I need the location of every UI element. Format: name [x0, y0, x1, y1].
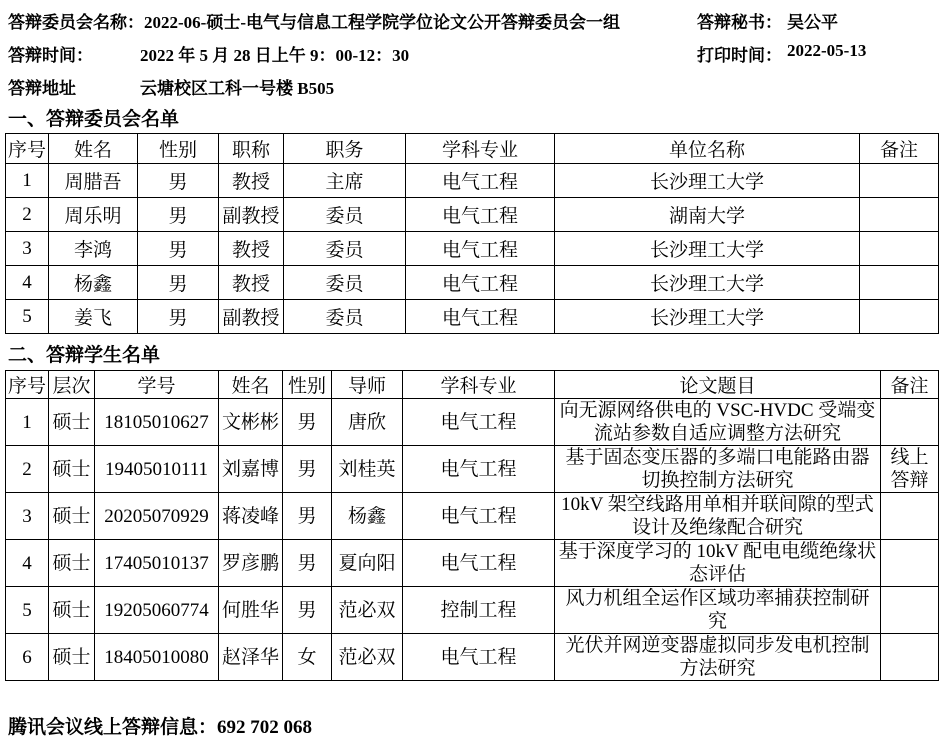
table-cell: 5 — [6, 587, 49, 634]
table-cell — [881, 634, 939, 681]
table-cell — [860, 164, 939, 198]
table-cell: 夏向阳 — [332, 540, 403, 587]
meeting-id-value: 692 702 068 — [217, 717, 312, 738]
table-cell: 女 — [283, 634, 332, 681]
table-row: 2硕士19405010111刘嘉博男刘桂英电气工程基于固态变压器的多端口电能路由… — [6, 446, 939, 493]
table-cell: 硕士 — [49, 399, 95, 446]
table-cell: 范必双 — [332, 587, 403, 634]
table-cell — [860, 198, 939, 232]
header-line-1: 答辩委员会名称：2022-06-硕士-电气与信息工程学院学位论文公开答辩委员会一… — [8, 8, 951, 28]
column-header: 职称 — [219, 134, 284, 164]
table-cell: 委员 — [284, 266, 406, 300]
table-cell: 4 — [6, 266, 49, 300]
column-header: 学号 — [95, 371, 219, 399]
table-header-row: 序号姓名性别职称职务学科专业单位名称备注 — [6, 134, 939, 164]
table-cell: 男 — [283, 446, 332, 493]
table-cell — [860, 300, 939, 334]
table-cell: 硕士 — [49, 493, 95, 540]
table-cell: 线上答辩 — [881, 446, 939, 493]
column-header: 导师 — [332, 371, 403, 399]
table-cell: 姜飞 — [49, 300, 138, 334]
table-cell — [881, 587, 939, 634]
table-cell: 电气工程 — [403, 540, 555, 587]
column-header: 姓名 — [219, 371, 283, 399]
students-table: 序号层次学号姓名性别导师学科专业论文题目备注1硕士18105010627文彬彬男… — [5, 370, 939, 681]
column-header: 单位名称 — [555, 134, 860, 164]
table-cell: 罗彦鹏 — [219, 540, 283, 587]
defense-address-label: 答辩地址 — [8, 74, 140, 99]
column-header: 性别 — [283, 371, 332, 399]
table-cell: 赵泽华 — [219, 634, 283, 681]
table-cell: 李鸿 — [49, 232, 138, 266]
print-time-label: 打印时间： — [697, 41, 782, 66]
table-cell: 5 — [6, 300, 49, 334]
table-cell: 电气工程 — [403, 446, 555, 493]
table-row: 3李鸿男教授委员电气工程长沙理工大学 — [6, 232, 939, 266]
meeting-info-label: 腾讯会议线上答辩信息： — [8, 717, 217, 738]
table-cell: 20205070929 — [95, 493, 219, 540]
column-header: 备注 — [860, 134, 939, 164]
column-header: 姓名 — [49, 134, 138, 164]
table-cell: 4 — [6, 540, 49, 587]
table-cell: 电气工程 — [403, 493, 555, 540]
committee-section-title: 一、答辩委员会名单 — [8, 110, 951, 130]
table-cell: 男 — [283, 399, 332, 446]
table-cell: 1 — [6, 399, 49, 446]
table-cell: 主席 — [284, 164, 406, 198]
table-cell: 电气工程 — [406, 232, 555, 266]
table-row: 5硕士19205060774何胜华男范必双控制工程风力机组全运作区域功率捕获控制… — [6, 587, 939, 634]
header-line-2: 答辩时间：2022 年 5 月 28 日上午 9：00-12：30 打印时间： … — [8, 41, 951, 61]
committee-name-value: 2022-06-硕士-电气与信息工程学院学位论文公开答辩委员会一组 — [144, 13, 620, 32]
column-header: 性别 — [138, 134, 219, 164]
table-cell: 电气工程 — [406, 164, 555, 198]
table-row: 3硕士20205070929蒋凌峰男杨鑫电气工程10kV 架空线路用单相并联间隙… — [6, 493, 939, 540]
table-cell: 向无源网络供电的 VSC-HVDC 受端变流站参数自适应调整方法研究 — [555, 399, 881, 446]
table-cell: 杨鑫 — [332, 493, 403, 540]
table-cell: 10kV 架空线路用单相并联间隙的型式设计及绝缘配合研究 — [555, 493, 881, 540]
table-cell: 男 — [138, 232, 219, 266]
table-cell: 6 — [6, 634, 49, 681]
table-cell: 蒋凌峰 — [219, 493, 283, 540]
table-cell: 周乐明 — [49, 198, 138, 232]
table-header-row: 序号层次学号姓名性别导师学科专业论文题目备注 — [6, 371, 939, 399]
table-cell: 光伏并网逆变器虚拟同步发电机控制方法研究 — [555, 634, 881, 681]
table-cell: 风力机组全运作区域功率捕获控制研究 — [555, 587, 881, 634]
table-cell: 1 — [6, 164, 49, 198]
secretary-label: 答辩秘书： — [697, 8, 782, 33]
table-row: 4硕士17405010137罗彦鹏男夏向阳电气工程基于深度学习的 10kV 配电… — [6, 540, 939, 587]
table-cell: 湖南大学 — [555, 198, 860, 232]
table-row: 2周乐明男副教授委员电气工程湖南大学 — [6, 198, 939, 232]
table-cell: 3 — [6, 232, 49, 266]
table-cell: 电气工程 — [403, 634, 555, 681]
table-row: 1硕士18105010627文彬彬男唐欣电气工程向无源网络供电的 VSC-HVD… — [6, 399, 939, 446]
table-cell — [881, 540, 939, 587]
column-header: 学科专业 — [406, 134, 555, 164]
table-cell: 2 — [6, 198, 49, 232]
table-cell: 教授 — [219, 164, 284, 198]
column-header: 论文题目 — [555, 371, 881, 399]
document-page: 答辩委员会名称：2022-06-硕士-电气与信息工程学院学位论文公开答辩委员会一… — [0, 0, 951, 739]
table-cell: 教授 — [219, 232, 284, 266]
students-section-title: 二、答辩学生名单 — [8, 346, 951, 366]
table-cell: 硕士 — [49, 587, 95, 634]
table-cell — [860, 232, 939, 266]
table-cell: 长沙理工大学 — [555, 300, 860, 334]
committee-table: 序号姓名性别职称职务学科专业单位名称备注1周腊吾男教授主席电气工程长沙理工大学2… — [5, 133, 939, 334]
table-cell: 教授 — [219, 266, 284, 300]
table-cell: 基于固态变压器的多端口电能路由器切换控制方法研究 — [555, 446, 881, 493]
table-cell: 硕士 — [49, 634, 95, 681]
table-cell: 杨鑫 — [49, 266, 138, 300]
print-time-value: 2022-05-13 — [787, 41, 866, 61]
committee-name-label: 答辩委员会名称： — [8, 13, 144, 32]
table-cell: 男 — [138, 266, 219, 300]
table-cell: 2 — [6, 446, 49, 493]
table-cell: 刘桂英 — [332, 446, 403, 493]
table-cell: 硕士 — [49, 540, 95, 587]
table-cell: 男 — [138, 164, 219, 198]
table-cell: 委员 — [284, 232, 406, 266]
table-cell — [860, 266, 939, 300]
table-cell: 何胜华 — [219, 587, 283, 634]
column-header: 序号 — [6, 371, 49, 399]
column-header: 序号 — [6, 134, 49, 164]
secretary-value: 吴公平 — [787, 8, 838, 33]
table-cell: 19405010111 — [95, 446, 219, 493]
table-cell: 范必双 — [332, 634, 403, 681]
table-cell: 男 — [138, 300, 219, 334]
table-cell — [881, 399, 939, 446]
table-cell: 男 — [138, 198, 219, 232]
table-cell: 长沙理工大学 — [555, 164, 860, 198]
table-cell: 电气工程 — [403, 399, 555, 446]
defense-time-label: 答辩时间： — [8, 41, 140, 66]
column-header: 职务 — [284, 134, 406, 164]
table-cell: 副教授 — [219, 300, 284, 334]
table-cell: 男 — [283, 493, 332, 540]
table-cell: 委员 — [284, 300, 406, 334]
table-cell: 长沙理工大学 — [555, 266, 860, 300]
table-cell: 电气工程 — [406, 300, 555, 334]
table-cell: 硕士 — [49, 446, 95, 493]
table-cell: 17405010137 — [95, 540, 219, 587]
table-cell: 副教授 — [219, 198, 284, 232]
table-cell: 文彬彬 — [219, 399, 283, 446]
table-cell: 3 — [6, 493, 49, 540]
table-cell: 19205060774 — [95, 587, 219, 634]
table-cell: 周腊吾 — [49, 164, 138, 198]
document-footer: 腾讯会议线上答辩信息：692 702 068 — [8, 712, 951, 739]
table-cell: 委员 — [284, 198, 406, 232]
table-row: 4杨鑫男教授委员电气工程长沙理工大学 — [6, 266, 939, 300]
table-cell: 基于深度学习的 10kV 配电电缆绝缘状态评估 — [555, 540, 881, 587]
column-header: 层次 — [49, 371, 95, 399]
defense-time-value: 2022 年 5 月 28 日上午 9：00-12：30 — [140, 46, 409, 65]
table-row: 6硕士18405010080赵泽华女范必双电气工程光伏并网逆变器虚拟同步发电机控… — [6, 634, 939, 681]
table-cell: 控制工程 — [403, 587, 555, 634]
document-header: 答辩委员会名称：2022-06-硕士-电气与信息工程学院学位论文公开答辩委员会一… — [8, 8, 951, 94]
table-cell: 18105010627 — [95, 399, 219, 446]
table-row: 1周腊吾男教授主席电气工程长沙理工大学 — [6, 164, 939, 198]
table-cell: 长沙理工大学 — [555, 232, 860, 266]
table-cell: 电气工程 — [406, 266, 555, 300]
column-header: 备注 — [881, 371, 939, 399]
defense-address-value: 云塘校区工科一号楼 B505 — [140, 79, 334, 98]
table-cell — [881, 493, 939, 540]
column-header: 学科专业 — [403, 371, 555, 399]
table-cell: 唐欣 — [332, 399, 403, 446]
table-cell: 男 — [283, 540, 332, 587]
table-cell: 刘嘉博 — [219, 446, 283, 493]
table-cell: 电气工程 — [406, 198, 555, 232]
header-line-3: 答辩地址云塘校区工科一号楼 B505 — [8, 74, 951, 94]
table-cell: 男 — [283, 587, 332, 634]
table-row: 5姜飞男副教授委员电气工程长沙理工大学 — [6, 300, 939, 334]
table-cell: 18405010080 — [95, 634, 219, 681]
